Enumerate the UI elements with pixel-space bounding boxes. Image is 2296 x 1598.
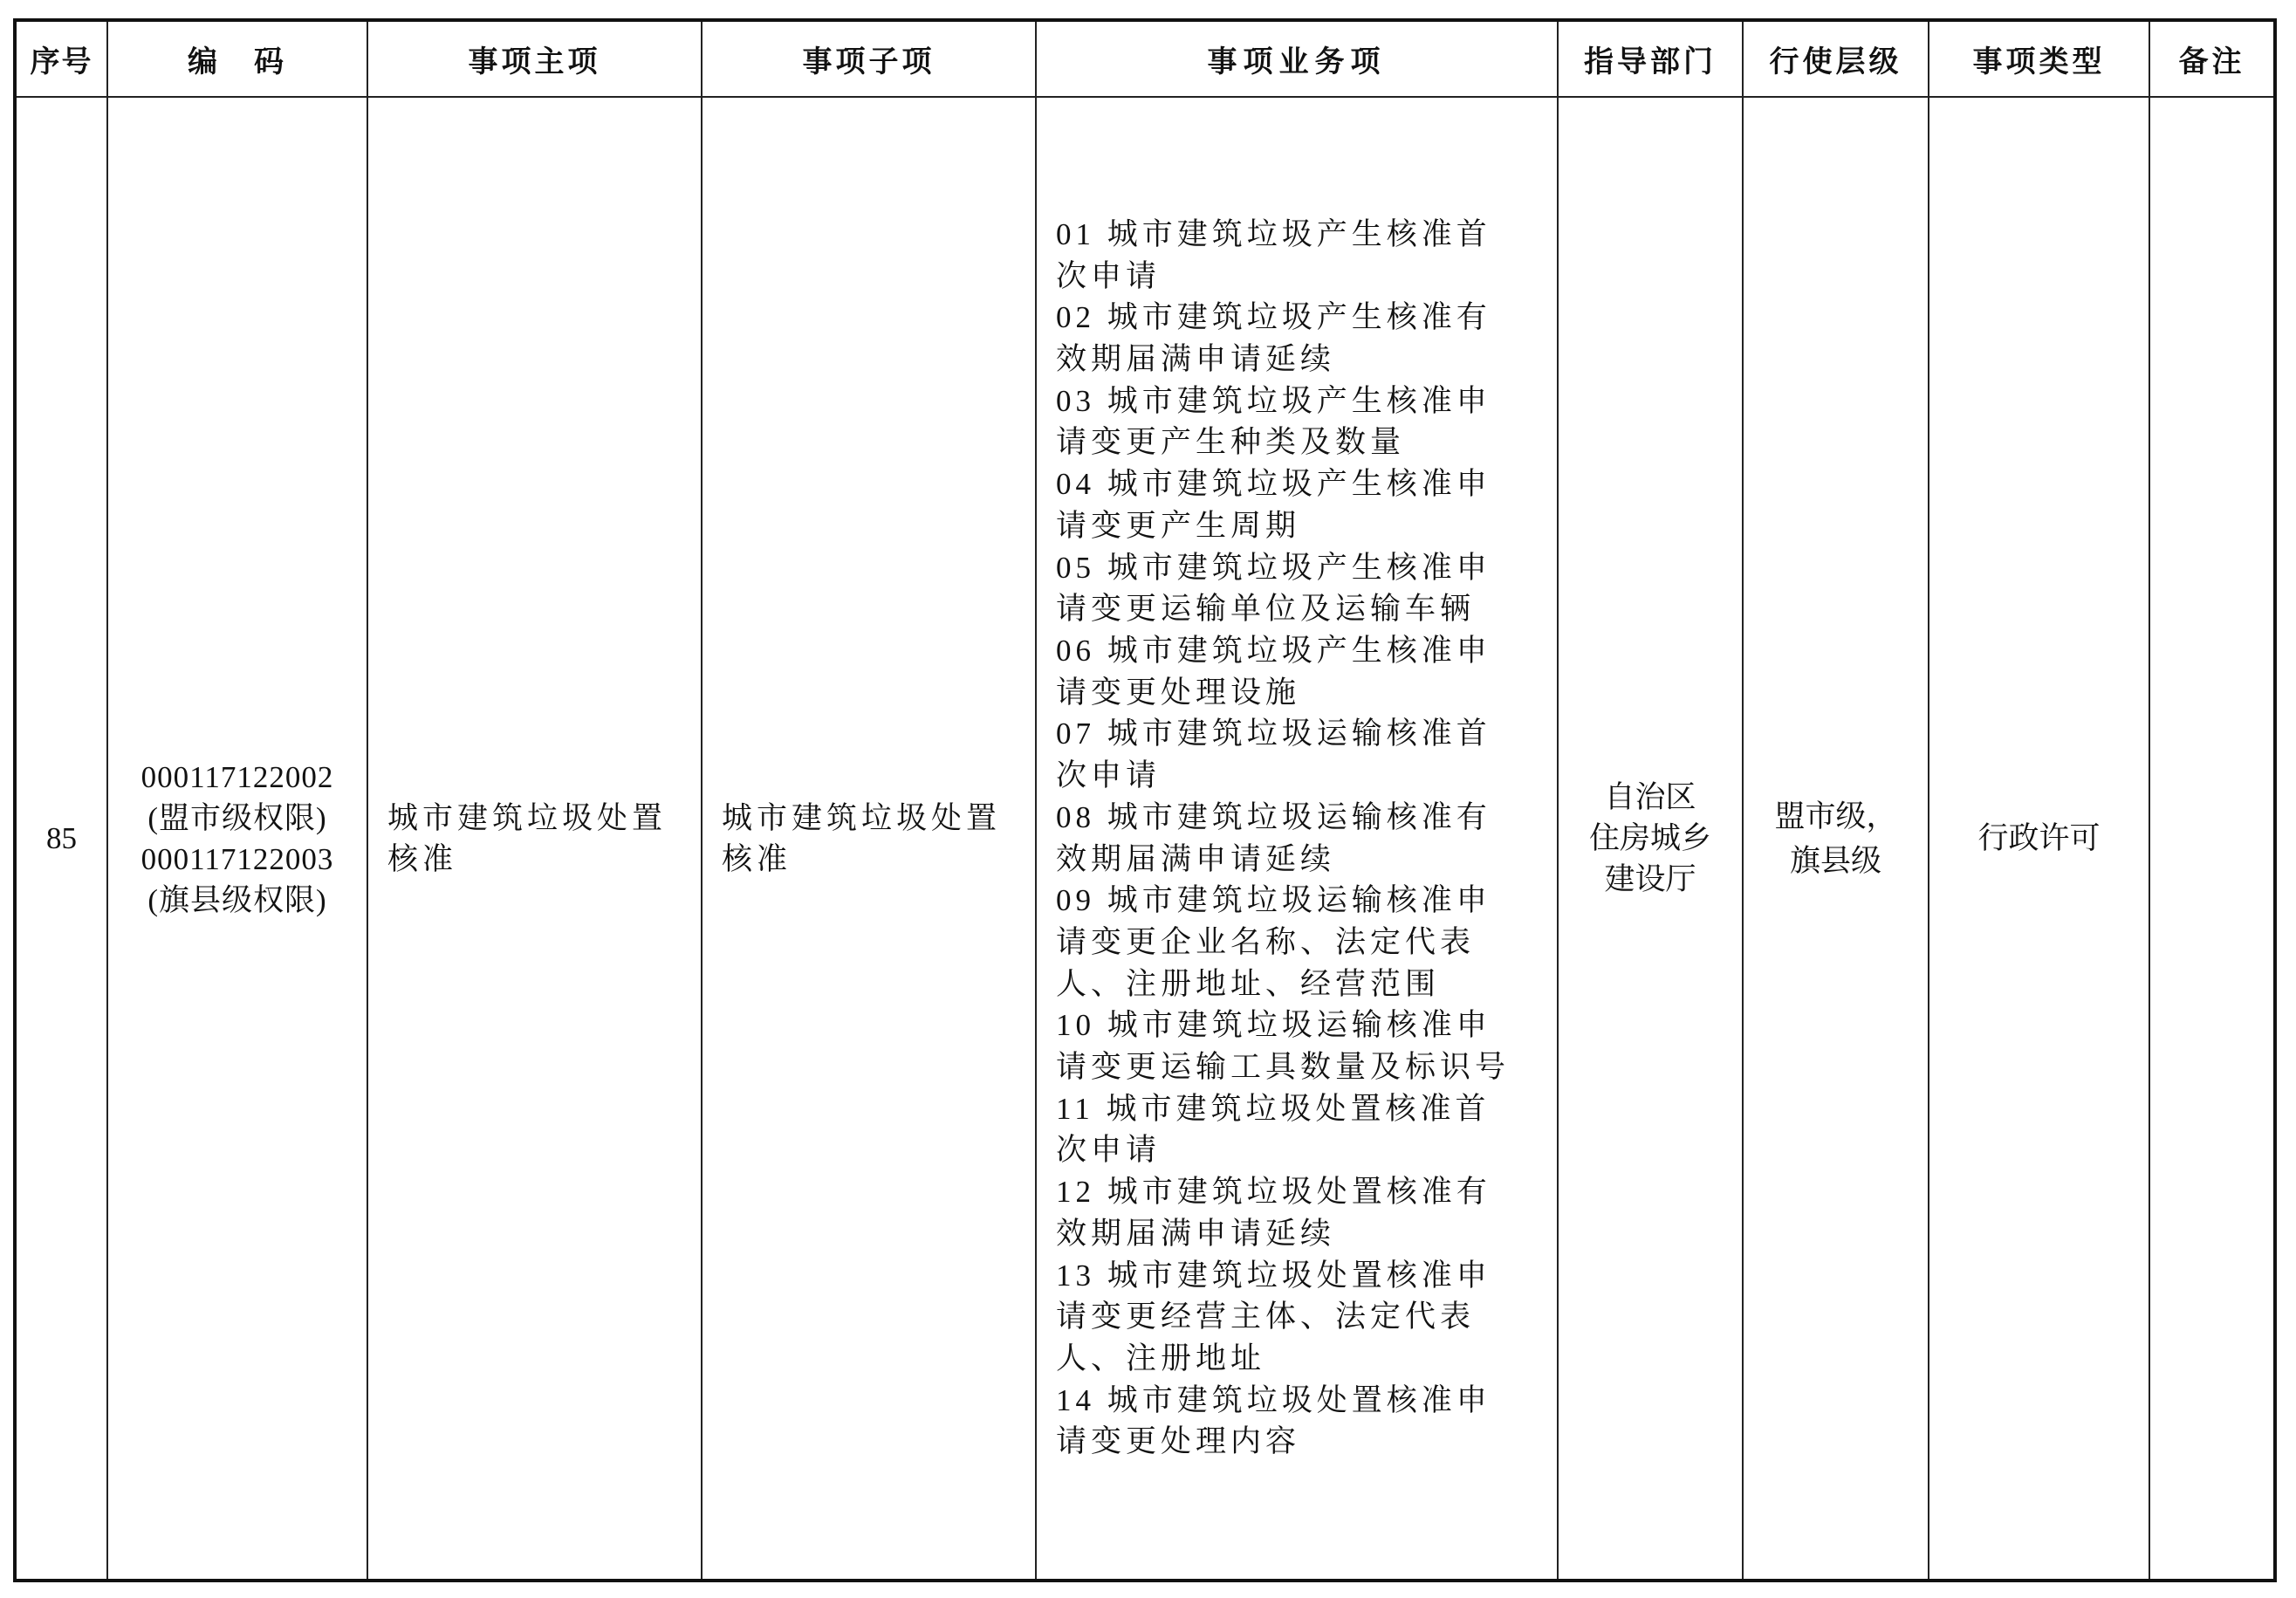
- business-item-line: 请变更产生周期: [1056, 505, 1300, 547]
- guiding-dept-line: 住房城乡: [1589, 818, 1711, 859]
- item-type-text: 行政许可: [1977, 818, 2100, 859]
- guiding-dept-text: 自治区 住房城乡 建设厅: [1589, 777, 1711, 900]
- business-item-line: 14 城市建筑垃圾处置核准申: [1056, 1380, 1491, 1422]
- business-item-line: 请变更运输工具数量及标识号: [1056, 1046, 1510, 1088]
- cell-exercise-level: 盟市级， 旗县级: [1744, 98, 1928, 1579]
- business-item-line: 13 城市建筑垃圾处置核准申: [1056, 1255, 1491, 1297]
- code-line: 000117122003: [141, 839, 334, 880]
- cell-sub-item: 城市建筑垃圾处置 核准: [703, 98, 1035, 1579]
- business-items-list: 01 城市建筑垃圾产生核准首 次申请 02 城市建筑垃圾产生核准有 效期届满申请…: [1056, 214, 1510, 1463]
- business-item-line: 03 城市建筑垃圾产生核准申: [1056, 381, 1491, 422]
- business-item-line: 04 城市建筑垃圾产生核准申: [1056, 463, 1491, 505]
- business-item-line: 10 城市建筑垃圾运输核准申: [1056, 1005, 1491, 1046]
- cell-seq: 85: [17, 98, 106, 1579]
- business-item-line: 效期届满申请延续: [1056, 839, 1335, 881]
- business-item-line: 人、注册地址、经营范围: [1056, 964, 1440, 1005]
- exercise-level-line: 旗县级: [1790, 839, 1881, 883]
- cell-main-item: 城市建筑垃圾处置 核准: [368, 98, 701, 1579]
- sub-item-line: 城市建筑垃圾处置: [722, 798, 1001, 839]
- business-item-line: 请变更企业名称、法定代表: [1056, 922, 1475, 964]
- main-item-line: 城市建筑垃圾处置: [387, 798, 667, 839]
- code-lines: 000117122002 (盟市级权限) 000117122003 (旗县级权限…: [141, 757, 334, 921]
- business-item-line: 请变更处理设施: [1056, 672, 1300, 714]
- business-item-line: 请变更经营主体、法定代表: [1056, 1296, 1475, 1338]
- header-exercise-level: 行使层级: [1744, 22, 1928, 96]
- cell-business-items: 01 城市建筑垃圾产生核准首 次申请 02 城市建筑垃圾产生核准有 效期届满申请…: [1037, 98, 1557, 1579]
- code-line: 000117122002: [141, 757, 334, 798]
- exercise-level-text: 盟市级， 旗县级: [1774, 794, 1896, 883]
- guiding-dept-line: 自治区: [1604, 777, 1696, 818]
- seq-number: 85: [46, 818, 77, 859]
- business-item-line: 07 城市建筑垃圾运输核准首: [1056, 713, 1491, 755]
- code-line: (盟市级权限): [147, 798, 326, 839]
- cell-guiding-dept: 自治区 住房城乡 建设厅: [1559, 98, 1742, 1579]
- business-item-line: 请变更处理内容: [1056, 1421, 1300, 1463]
- header-seq: 序号: [17, 22, 106, 96]
- business-item-line: 次申请: [1056, 256, 1161, 298]
- main-item-line: 核准: [387, 839, 457, 880]
- header-code: 编 码: [108, 22, 367, 96]
- business-item-line: 请变更运输单位及运输车辆: [1056, 588, 1475, 630]
- business-item-line: 效期届满申请延续: [1056, 1213, 1335, 1255]
- business-item-line: 次申请: [1056, 1129, 1161, 1171]
- header-main-item: 事项主项: [368, 22, 701, 96]
- business-item-line: 效期届满申请延续: [1056, 339, 1335, 381]
- sub-item-line: 核准: [722, 839, 792, 880]
- business-item-line: 12 城市建筑垃圾处置核准有: [1056, 1171, 1491, 1213]
- business-item-line: 11 城市建筑垃圾处置核准首: [1056, 1088, 1490, 1130]
- business-item-line: 请变更产生种类及数量: [1056, 422, 1405, 463]
- cell-item-type: 行政许可: [1929, 98, 2149, 1579]
- business-item-line: 人、注册地址: [1056, 1338, 1265, 1380]
- cell-remarks: [2150, 98, 2273, 1579]
- business-item-line: 05 城市建筑垃圾产生核准申: [1056, 547, 1491, 589]
- exercise-level-line: 盟市级，: [1774, 794, 1896, 839]
- business-item-line: 09 城市建筑垃圾运输核准申: [1056, 880, 1491, 922]
- cell-code: 000117122002 (盟市级权限) 000117122003 (旗县级权限…: [108, 98, 367, 1579]
- business-item-line: 次申请: [1056, 755, 1161, 797]
- header-business-items: 事项业务项: [1037, 22, 1557, 96]
- business-item-line: 01 城市建筑垃圾产生核准首: [1056, 214, 1491, 256]
- business-item-line: 06 城市建筑垃圾产生核准申: [1056, 630, 1491, 672]
- business-item-line: 08 城市建筑垃圾运输核准有: [1056, 797, 1491, 839]
- header-item-type: 事项类型: [1929, 22, 2149, 96]
- code-line: (旗县级权限): [147, 880, 326, 921]
- sub-item-text: 城市建筑垃圾处置 核准: [722, 798, 1001, 880]
- items-table: 序号 编 码 事项主项 事项子项 事项业务项 指导部门 行使层级 事项类型 备注…: [13, 18, 2277, 1582]
- main-item-text: 城市建筑垃圾处置 核准: [387, 798, 667, 880]
- header-guiding-dept: 指导部门: [1559, 22, 1742, 96]
- business-item-line: 02 城市建筑垃圾产生核准有: [1056, 297, 1491, 339]
- header-sub-item: 事项子项: [703, 22, 1035, 96]
- guiding-dept-line: 建设厅: [1604, 859, 1696, 900]
- header-remarks: 备注: [2150, 22, 2273, 96]
